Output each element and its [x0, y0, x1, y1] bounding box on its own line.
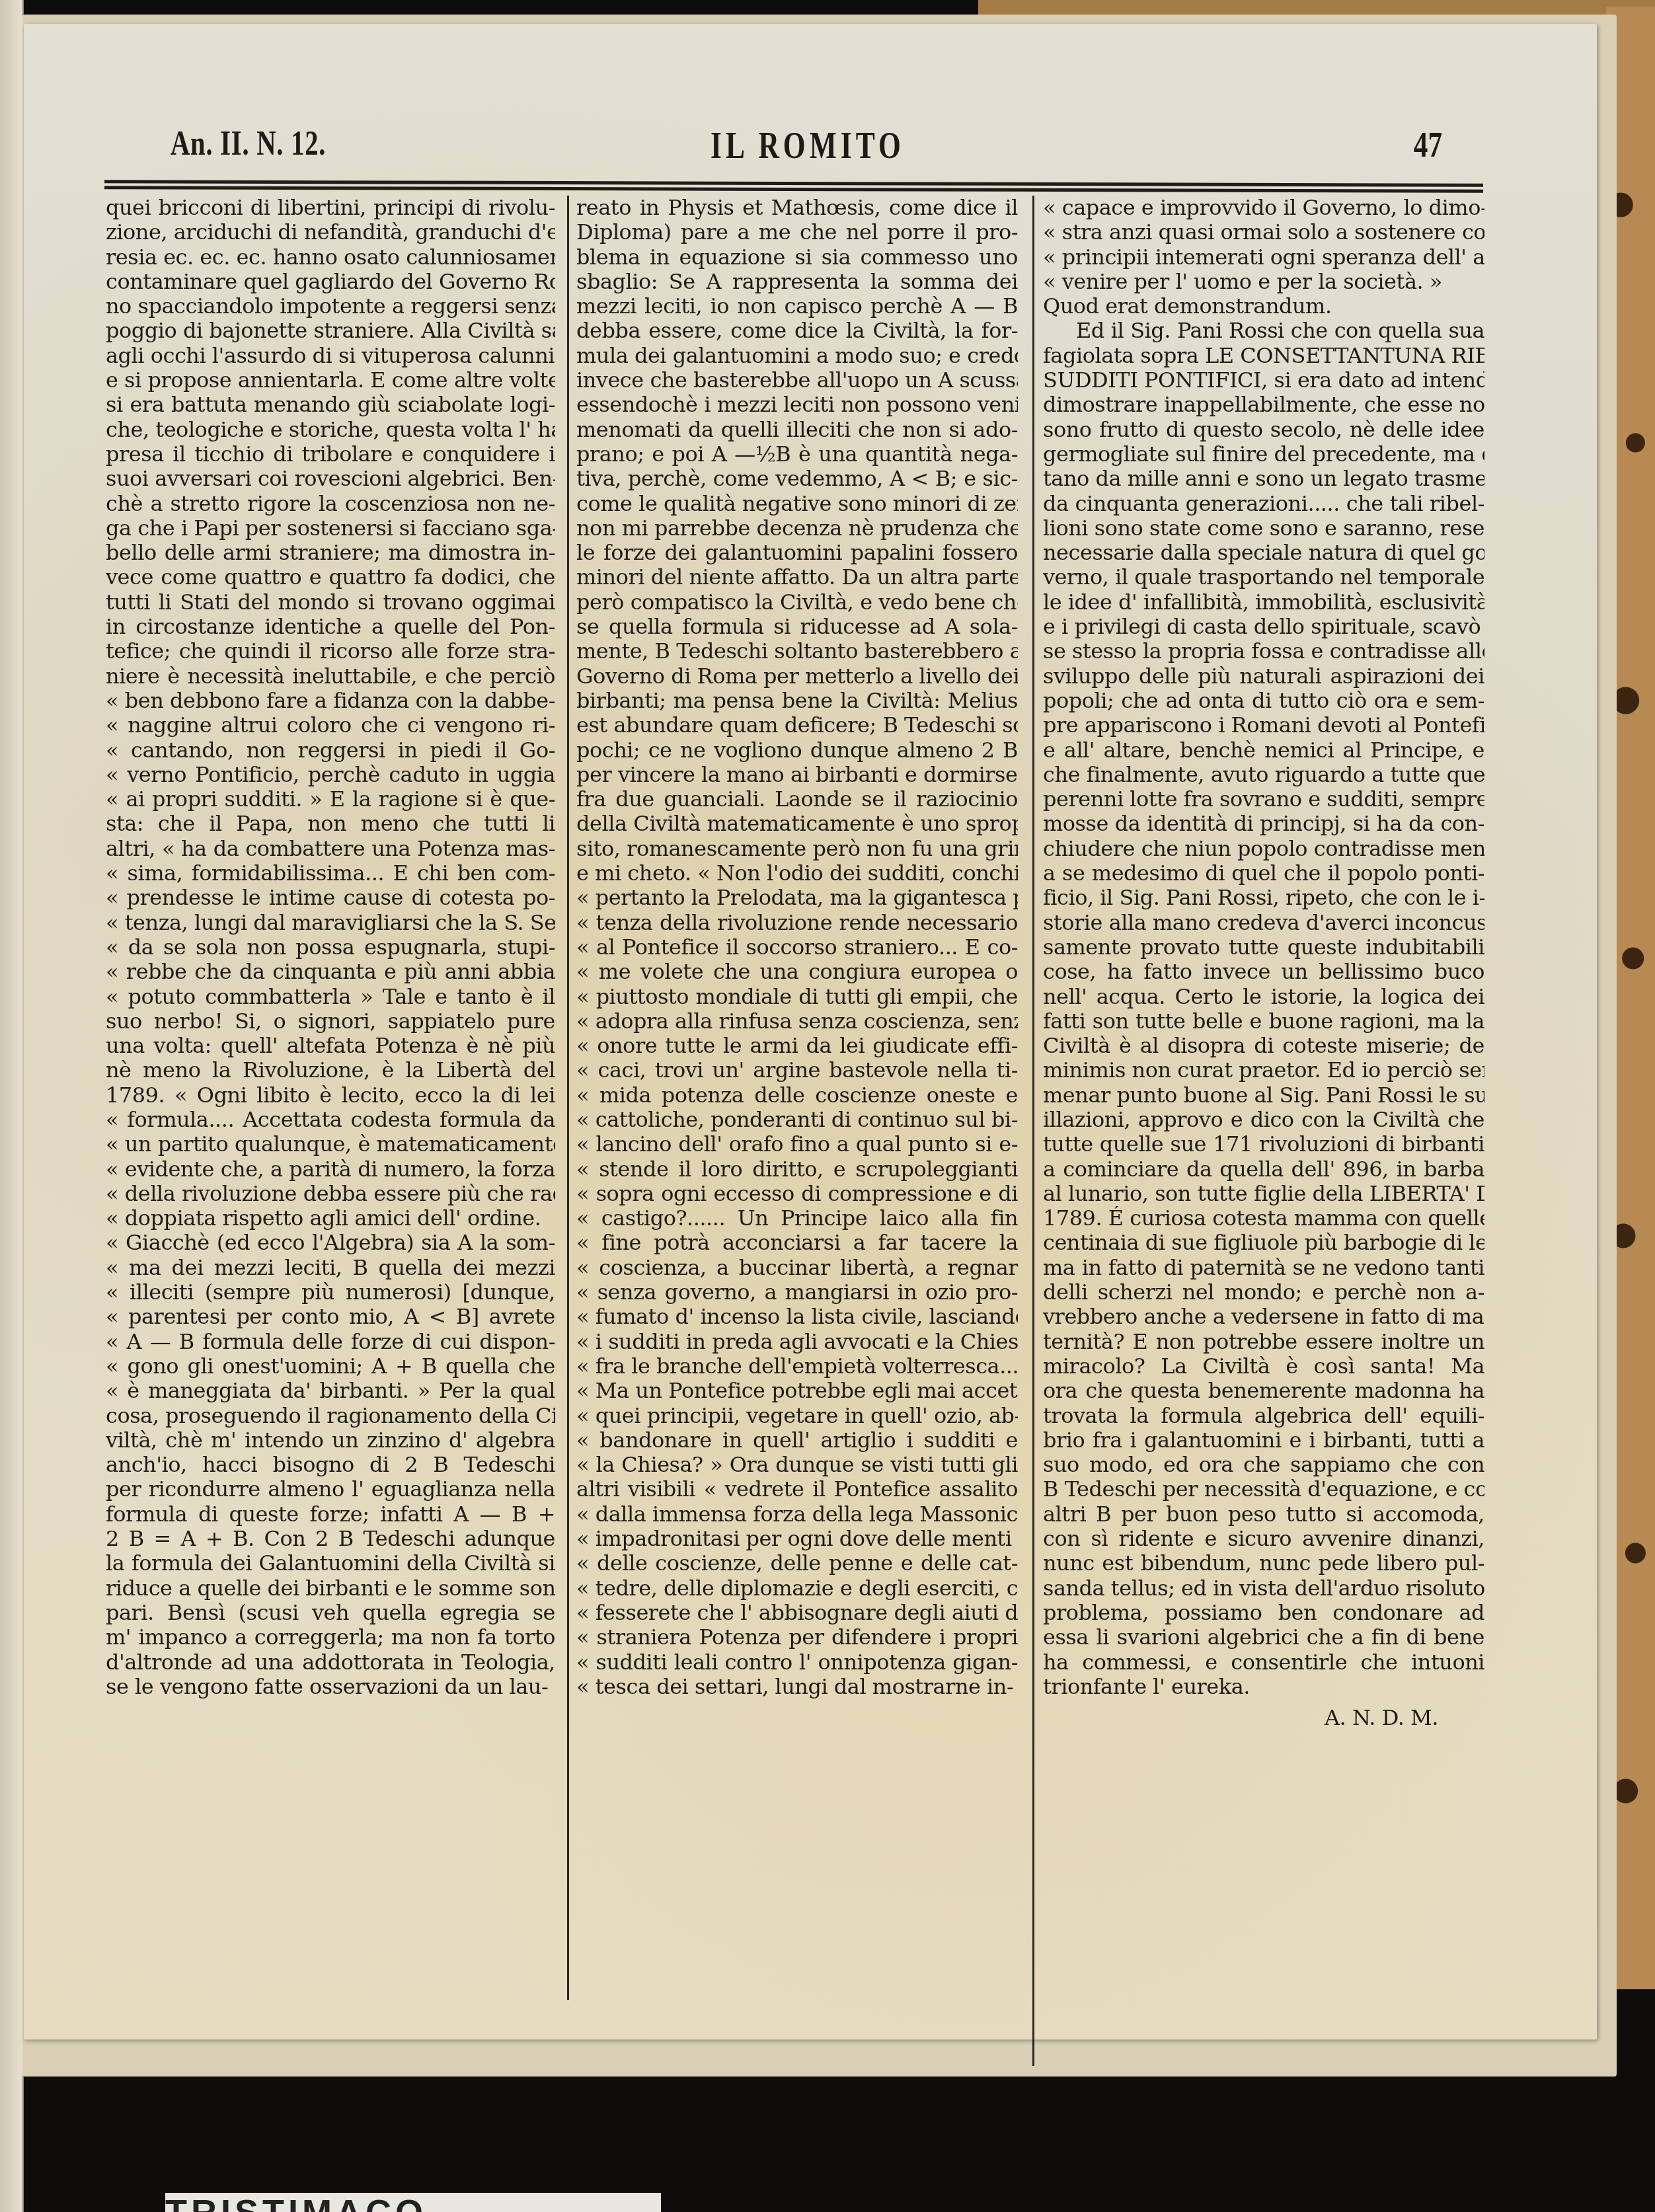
text-line: « verno Pontificio, perchè caduto in ugg… — [106, 763, 555, 787]
text-line: contaminare quel gagliardo del Governo R… — [106, 270, 555, 294]
text-line: perenni lotte fra sovrano e sudditi, sem… — [1043, 787, 1484, 812]
text-line: pre appariscono i Romani devoti al Ponte… — [1043, 713, 1484, 738]
text-line: quei bricconi di libertini, principi di … — [106, 196, 555, 220]
text-line: le forze dei galantuomini papalini fosse… — [576, 541, 1018, 565]
text-line: vrebbero anche a vedersene in fatto di m… — [1043, 1305, 1484, 1329]
text-line: « onore tutte le armi da lei giudicate e… — [576, 1034, 1018, 1058]
text-line: debba essere, come dice la Civiltà, la f… — [576, 319, 1018, 343]
text-line: Diploma) pare a me che nel porre il pro- — [576, 220, 1018, 245]
text-line: se stesso la propria fossa e contradisse… — [1043, 639, 1484, 664]
text-line: germogliate sul finire del precedente, m… — [1043, 442, 1484, 467]
text-line: trovata la formula algebrica dell' equil… — [1043, 1404, 1484, 1428]
text-column-right: « capace e improvvido il Governo, lo dim… — [1043, 196, 1484, 1730]
text-line: « impadronitasi per ogni dove delle ment… — [576, 1527, 1018, 1551]
text-line: « la Chiesa? » Ora dunque se visti tutti… — [576, 1453, 1018, 1477]
previous-leaf-edge — [0, 0, 24, 2212]
text-line: « straniera Potenza per difendere i prop… — [576, 1625, 1018, 1650]
text-line: menar punto buone al Sig. Pani Rossi le … — [1043, 1083, 1484, 1108]
text-line: minori del niente affatto. Da un altra p… — [576, 565, 1018, 590]
text-line: « della rivoluzione debba essere più che… — [106, 1182, 555, 1206]
text-line: chiudere che niun popolo contradisse men… — [1043, 837, 1484, 861]
text-line: tutti li Stati del mondo si trovano oggi… — [106, 590, 555, 615]
text-line: sta: che il Papa, non meno che tutti li — [106, 812, 555, 836]
text-line: « naggine altrui coloro che ci vengono r… — [106, 713, 555, 738]
text-line: « doppiata rispetto agli amici dell' ord… — [106, 1206, 555, 1231]
text-line: « cantando, non reggersi in piedi il Go- — [106, 738, 555, 763]
text-line: « potuto commbatterla » Tale e tanto è i… — [106, 985, 555, 1009]
text-line: essendochè i mezzi leciti non possono ve… — [576, 393, 1018, 417]
text-line: nè meno la Rivoluzione, è la Libertà del — [106, 1058, 555, 1083]
text-line: ora che questa benemerente madonna ha — [1043, 1379, 1484, 1403]
issue-number: An. II. N. 12. — [171, 124, 326, 163]
text-line: e all' altare, benchè nemici al Principe… — [1043, 738, 1484, 763]
text-line: suo nerbo! Si, o signori, sappiatelo pur… — [106, 1009, 555, 1034]
text-line: ficio, il Sig. Pani Rossi, ripeto, che c… — [1043, 886, 1484, 910]
text-line: mosse da identità di principj, si ha da … — [1043, 812, 1484, 836]
text-line: « sudditi leali contro l' onnipotenza gi… — [576, 1650, 1018, 1675]
newspaper-title: IL ROMITO — [711, 123, 905, 167]
text-line: se quella formula si riducesse ad A sola… — [576, 615, 1018, 639]
text-line: « piuttosto mondiale di tutti gli empii,… — [576, 985, 1018, 1009]
text-line: agli occhi l'assurdo di si vituperosa ca… — [106, 344, 555, 368]
text-line: cose, ha fatto invece un bellissimo buco — [1043, 960, 1484, 984]
text-line: « stra anzi quasi ormai solo a sostenere… — [1043, 220, 1484, 245]
text-line: essa li svarioni algebrici che a fin di … — [1043, 1625, 1484, 1650]
text-line: « Giacchè (ed ecco l'Algebra) sia A la s… — [106, 1231, 555, 1255]
text-line: Governo di Roma per metterlo a livello d… — [576, 664, 1018, 689]
text-line: presa il ticchio di tribolare e conquide… — [106, 442, 555, 467]
text-line: reato in Physis et Mathœsis, come dice i… — [576, 196, 1018, 220]
text-line: « ben debbono fare a fidanza con la dabb… — [106, 689, 555, 713]
text-line: tano da mille anni e sono un legato tras… — [1043, 467, 1484, 491]
text-line: sono frutto di questo secolo, nè delle i… — [1043, 418, 1484, 442]
text-line: pochi; ce ne vogliono dunque almeno 2 B — [576, 738, 1018, 763]
text-line: minimis non curat praetor. Ed io perciò … — [1043, 1058, 1484, 1083]
text-line: si era battuta menando giù sciabolate lo… — [106, 393, 555, 417]
text-line: Quod erat demonstrandum. — [1043, 294, 1484, 319]
text-line: una volta: quell' altefata Potenza è nè … — [106, 1034, 555, 1058]
text-line: m' impanco a correggerla; ma non fa tort… — [106, 1625, 555, 1650]
text-line: « venire per l' uomo e per la società. » — [1043, 270, 1484, 294]
text-line: centinaia di sue figliuole più barbogie … — [1043, 1231, 1484, 1255]
text-line: chè a stretto rigore la coscenziosa non … — [106, 492, 555, 516]
text-line: ga che i Papi per sostenersi si facciano… — [106, 516, 555, 541]
text-line: dimostrare inappellabilmente, che esse n… — [1043, 393, 1484, 417]
text-line: « me volete che una congiura europea o — [576, 960, 1018, 984]
text-line: fra due guanciali. Laonde se il raziocin… — [576, 787, 1018, 812]
text-line: al lunario, son tutte figlie della LIBER… — [1043, 1182, 1484, 1206]
text-line: della Civiltà matematicamente è uno spro… — [576, 812, 1018, 836]
text-line: con sì ridente e sicuro avvenire dinanzi… — [1043, 1527, 1484, 1551]
text-column-middle: reato in Physis et Mathœsis, come dice i… — [576, 196, 1018, 1699]
text-line: delli scherzi nel mondo; e perchè non a- — [1043, 1280, 1484, 1305]
text-line: « rebbe che da cinquanta e più anni abbi… — [106, 960, 555, 984]
text-line: suo modo, ed ora che sappiamo che con — [1043, 1453, 1484, 1477]
text-line: ha commessi, e consentirle che intuoni — [1043, 1650, 1484, 1675]
text-line: problema, possiamo ben condonare ad — [1043, 1601, 1484, 1625]
text-line: « gono gli onest'uomini; A + B quella ch… — [106, 1354, 555, 1379]
text-line: « evidente che, a parità di numero, la f… — [106, 1157, 555, 1182]
text-line: mente, B Tedeschi soltanto basterebbero … — [576, 639, 1018, 664]
text-line: « bandonare in quell' artiglio i sudditi… — [576, 1428, 1018, 1453]
text-line: però compatisco la Civiltà, e vedo bene … — [576, 590, 1018, 615]
bottom-label-fragment: TRISTIMACO — [165, 2193, 661, 2212]
text-line: brio fra i galantuomini e i birbanti, tu… — [1043, 1428, 1484, 1453]
text-line: pari. Bensì (scusi veh quella egregia se — [106, 1601, 555, 1625]
text-line: « cattoliche, ponderanti di continuo sul… — [576, 1108, 1018, 1132]
text-line: « dalla immensa forza della lega Massoni… — [576, 1502, 1018, 1527]
text-line: la formula dei Galantuomini della Civilt… — [106, 1551, 555, 1576]
text-line: 1789. « Ogni libito è lecito, ecco la di… — [106, 1083, 555, 1108]
text-line: da cinquanta generazioni..... che tali r… — [1043, 492, 1484, 516]
text-line: « i sudditi in preda agli avvocati e la … — [576, 1330, 1018, 1354]
text-line: « sima, formidabilissima... E chi ben co… — [106, 861, 555, 886]
text-line: ternità? E non potrebbe essere inoltre u… — [1043, 1330, 1484, 1354]
text-line: cosa, proseguendo il ragionamento della … — [106, 1404, 555, 1428]
page-number: 47 — [1414, 124, 1442, 165]
text-line: « caci, trovi un' argine bastevole nella… — [576, 1058, 1018, 1083]
text-line: formula di queste forze; infatti A — B + — [106, 1502, 555, 1527]
text-line: prano; e poi A —½B è una quantità nega- — [576, 442, 1018, 467]
text-line: menomati da quelli illeciti che non si a… — [576, 418, 1018, 442]
text-line: « Ma un Pontefice potrebbe egli mai acce… — [576, 1379, 1018, 1403]
text-line: per ricondurre almeno l' eguaglianza nel… — [106, 1477, 555, 1502]
text-line: « sopra ogni eccesso di compressione e d… — [576, 1182, 1018, 1206]
text-line: miracolo? La Civiltà è così santa! Ma — [1043, 1354, 1484, 1379]
text-line: e si propose annientarla. E come altre v… — [106, 368, 555, 393]
text-line: « quei principii, vegetare in quell' ozi… — [576, 1404, 1018, 1428]
text-line: non mi parrebbe decenza nè prudenza che — [576, 516, 1018, 541]
text-line: no spacciandolo impotente a reggersi sen… — [106, 294, 555, 319]
text-line: « mida potenza delle coscienze oneste e — [576, 1083, 1018, 1108]
text-line: le idee d' infallibità, immobilità, escl… — [1043, 590, 1484, 615]
text-line: suoi avversari coi rovescioni algebrici.… — [106, 467, 555, 491]
text-line: ma in fatto di paternità se ne vedono ta… — [1043, 1256, 1484, 1280]
text-line: viltà, chè m' intendo un zinzino d' alge… — [106, 1428, 555, 1453]
text-line: « coscienza, a buccinar libertà, a regna… — [576, 1256, 1018, 1280]
text-line: « adopra alla rinfusa senza coscienza, s… — [576, 1009, 1018, 1034]
text-line: « formula.... Accettata codesta formula … — [106, 1108, 555, 1132]
text-line: e mi cheto. « Non l'odio dei sudditi, co… — [576, 861, 1018, 886]
text-line: « al Pontefice il soccorso straniero... … — [576, 935, 1018, 960]
text-line: altri, « ha da combattere una Potenza ma… — [106, 837, 555, 861]
text-line: est abundare quam deficere; B Tedeschi s… — [576, 713, 1018, 738]
text-line: tiva, perchè, come vedemmo, A < B; e sic… — [576, 467, 1018, 491]
text-line: sito, romanescamente però non fu una gri… — [576, 837, 1018, 861]
text-line: in circostanze identiche a quelle del Po… — [106, 615, 555, 639]
text-line: fagiolata sopra LE CONSETTANTUNA RIBELLI… — [1043, 344, 1484, 368]
text-line: « lancino dell' orafo fino a qual punto … — [576, 1132, 1018, 1157]
text-line: mula dei galantuomini a modo suo; e cred… — [576, 344, 1018, 368]
text-line: vece come quattro e quattro fa dodici, c… — [106, 565, 555, 590]
text-line: « ma dei mezzi leciti, B quella dei mezz… — [106, 1256, 555, 1280]
text-line: « ai propri sudditi. » E la ragione si è… — [106, 787, 555, 812]
text-line: tutte quelle sue 171 rivoluzioni di birb… — [1043, 1132, 1484, 1157]
text-line: « stende il loro diritto, e scrupoleggia… — [576, 1157, 1018, 1182]
text-line: « tesca dei settari, lungi dal mostrarne… — [576, 1675, 1018, 1699]
text-line: illazioni, approvo e dico con la Civiltà… — [1043, 1108, 1484, 1132]
text-line: che finalmente, avuto riguardo a tutte q… — [1043, 763, 1484, 787]
text-line: 2 B = A + B. Con 2 B Tedeschi adunque — [106, 1527, 555, 1551]
text-line: sviluppo delle più naturali aspirazioni … — [1043, 664, 1484, 689]
text-line: come le qualità negative sono minori di … — [576, 492, 1018, 516]
text-line: « senza governo, a mangiarsi in ozio pro… — [576, 1280, 1018, 1305]
text-line: resia ec. ec. ec. hanno osato calunniosa… — [106, 245, 555, 270]
text-line: « tedre, delle diplomazie e degli eserci… — [576, 1576, 1018, 1601]
text-line: anch'io, hacci bisogno di 2 B Tedeschi — [106, 1453, 555, 1477]
text-line: « A — B formula delle forze di cui dispo… — [106, 1330, 555, 1354]
text-line: « è maneggiata da' birbanti. » Per la qu… — [106, 1379, 555, 1403]
text-line: bello delle armi straniere; ma dimostra … — [106, 541, 555, 565]
text-line: SUDDITI PONTIFICI, si era dato ad intend… — [1043, 368, 1484, 393]
text-line: « fra le branche dell'empietà volterresc… — [576, 1354, 1018, 1379]
text-line: « da se sola non possa espugnarla, stupi… — [106, 935, 555, 960]
text-line: nunc est bibendum, nunc pede libero pul- — [1043, 1551, 1484, 1576]
text-line: trionfante l' eureka. — [1043, 1675, 1484, 1699]
text-line: blema in equazione si sia commesso uno — [576, 245, 1018, 270]
text-line: « fesserete che l' abbisognare degli aiu… — [576, 1601, 1018, 1625]
text-line: invece che basterebbe all'uopo un A scus… — [576, 368, 1018, 393]
text-line: che, teologiche e storiche, questa volta… — [106, 418, 555, 442]
text-line: « pertanto la Prelodata, ma la gigantesc… — [576, 886, 1018, 910]
text-line: « un partito qualunque, è matematicament… — [106, 1132, 555, 1157]
text-line: e i privilegi di casta dello spirituale,… — [1043, 615, 1484, 639]
text-line: « tenza della rivoluzione rende necessar… — [576, 911, 1018, 935]
text-line: « parentesi per conto mio, A < B] avrete — [106, 1305, 555, 1329]
masthead: An. II. N. 12. IL ROMITO 47 — [165, 119, 1447, 178]
text-line: sanda tellus; ed in vista dell'arduo ris… — [1043, 1576, 1484, 1601]
text-line: necessarie dalla speciale natura di quel… — [1043, 541, 1484, 565]
text-line: verno, il quale trasportando nel tempora… — [1043, 565, 1484, 590]
text-line: a se medesimo di quel che il popolo pont… — [1043, 861, 1484, 886]
text-line: « delle coscienze, delle penne e delle c… — [576, 1551, 1018, 1576]
text-line: storie alla mano credeva d'averci inconc… — [1043, 911, 1484, 935]
text-line: « illeciti (sempre più numerosi) [dunque… — [106, 1280, 555, 1305]
text-line: « fumato d' incenso la lista civile, las… — [576, 1305, 1018, 1329]
text-line: « capace e improvvido il Governo, lo dim… — [1043, 196, 1484, 220]
column-divider — [1032, 196, 1034, 2066]
text-line: altri B per buon peso tutto si accomoda, — [1043, 1502, 1484, 1527]
text-line: « prendesse le intime cause di cotesta p… — [106, 886, 555, 910]
text-line: samente provato tutte queste indubitabil… — [1043, 935, 1484, 960]
text-line: « principii intemerati ogni speranza del… — [1043, 245, 1484, 270]
text-line: « castigo?...... Un Principe laico alla … — [576, 1206, 1018, 1231]
text-line: se le vengono fatte osservazioni da un l… — [106, 1675, 555, 1699]
text-line: birbanti; ma pensa bene la Civiltà: Meli… — [576, 689, 1018, 713]
text-line: lioni sono state come sono e saranno, re… — [1043, 516, 1484, 541]
text-line: altri visibili « vedrete il Pontefice as… — [576, 1477, 1018, 1502]
text-line: « tenza, lungi dal maravigliarsi che la … — [106, 911, 555, 935]
text-line: « fine potrà acconciarsi a far tacere la — [576, 1231, 1018, 1255]
text-line: tefice; che quindi il ricorso alle forze… — [106, 639, 555, 664]
text-line: Civiltà è al disopra di coteste miserie;… — [1043, 1034, 1484, 1058]
text-line: fatti son tutte belle e buone ragioni, m… — [1043, 1009, 1484, 1034]
text-line: riduce a quelle dei birbanti e le somme … — [106, 1576, 555, 1601]
text-line: d'altronde ad una addottorata in Teologi… — [106, 1650, 555, 1675]
text-line: a cominciare da quella dell' 896, in bar… — [1043, 1157, 1484, 1182]
text-line: B Tedeschi per necessità d'equazione, e … — [1043, 1477, 1484, 1502]
text-line: poggio di bajonette straniere. Alla Civi… — [106, 319, 555, 343]
text-line: sbaglio: Se A rappresenta la somma dei — [576, 270, 1018, 294]
text-line: Ed il Sig. Pani Rossi che con quella sua — [1043, 319, 1484, 343]
text-line: zione, arciduchi di nefandità, granduchi… — [106, 220, 555, 245]
column-divider — [567, 196, 569, 2000]
text-line: mezzi leciti, io non capisco perchè A — … — [576, 294, 1018, 319]
text-column-left: quei bricconi di libertini, principi di … — [106, 196, 555, 1699]
author-signature: A. N. D. M. — [1043, 1706, 1484, 1730]
text-line: nell' acqua. Certo le istorie, la logica… — [1043, 985, 1484, 1009]
text-line: niere è necessità ineluttabile, e che pe… — [106, 664, 555, 689]
text-line: 1789. É curiosa cotesta mamma con quelle — [1043, 1206, 1484, 1231]
text-line: popoli; che ad onta di tutto ciò ora e s… — [1043, 689, 1484, 713]
text-line: per vincere la mano ai birbanti e dormir… — [576, 763, 1018, 787]
